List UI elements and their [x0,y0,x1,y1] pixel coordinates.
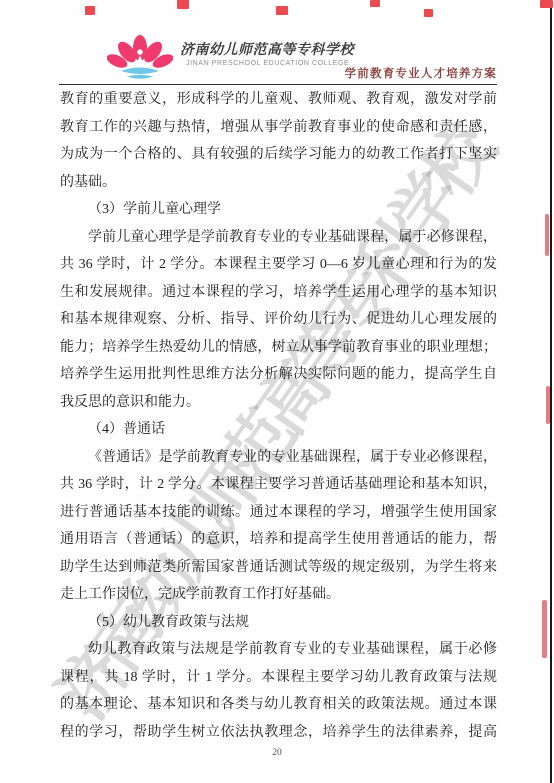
text-line: 的基础。 [60,169,497,197]
text-line: 教育的重要意义，形成科学的儿童观、教师观、教育观，激发对学前 [60,86,497,114]
top-red-mark [370,0,380,7]
edge-red-mark [546,386,550,424]
document-page: 济南幼儿师范高等专科学校 济南幼儿师范高等专科学校 JINAN PRE [0,0,554,783]
text-line: 课程，共 18 学时，计 1 学分。本课程主要学习幼儿教育政策与法规 [60,664,497,692]
text-line: 幼儿教育政策与法规是学前教育专业的专业基础课程，属于必修 [60,636,497,664]
document-title: 学前教育专业人才培养方案 [345,65,497,81]
header-divider [59,84,497,85]
text-line: 通用语言（普通话）的意识，培养和提高学生使用普通话的能力，帮 [60,526,497,554]
top-red-mark [424,9,433,17]
text-line: 共 36 学时，计 2 学分。本课程主要学习普通话基础理论和基本知识， [60,471,497,499]
text-line: 为成为一个合格的、具有较强的后续学习能力的幼教工作者打下坚实 [60,141,497,169]
text-line: 教育工作的兴趣与热情，增强从事学前教育事业的使命感和责任感， [60,114,497,142]
section-heading: （4）普通话 [60,416,497,444]
top-red-mark [85,6,95,15]
section-heading: （3）学前儿童心理学 [60,196,497,224]
top-red-mark [540,0,553,8]
edge-red-mark [542,600,547,658]
school-name-block: 济南幼儿师范高等专科学校 JINAN PRESCHOOL EDUCATION C… [180,42,354,68]
text-line: 进行普通话基本技能的训练。通过本课程的学习，增强学生使用国家 [60,499,497,527]
edge-red-mark [545,214,549,256]
top-red-mark [276,6,288,15]
school-name-english: JINAN PRESCHOOL EDUCATION COLLEGE [186,59,354,68]
text-line: 共 36 学时，计 2 学分。本课程主要学习 0—6 岁儿童心理和行为的发 [60,251,497,279]
top-red-mark [177,0,189,9]
text-line: 我反思的意识和能力。 [60,389,497,417]
text-line: 培养学生运用批判性思维方法分析解决实际问题的能力，提高学生自 [60,361,497,389]
text-line: 生和发展规律。通过本课程的学习，培养学生运用心理学的基本知识 [60,279,497,307]
text-line: 学前儿童心理学是学前教育专业的专业基础课程，属于必修课程， [60,224,497,252]
school-logo [107,33,173,83]
section-heading: （5）幼儿教育政策与法规 [60,609,497,637]
text-line: 《普通话》是学前教育专业的专业基础课程，属于专业必修课程， [60,444,497,472]
school-name-chinese: 济南幼儿师范高等专科学校 [180,42,354,59]
text-line: 的基本理论、基本知识和各类与幼儿教育相关的政策法规。通过本课 [60,691,497,719]
right-edge-scan-line [550,8,552,783]
document-body: 教育的重要意义，形成科学的儿童观、教师观、教育观，激发对学前 教育工作的兴趣与热… [60,86,497,746]
text-line: 走上工作岗位，完成学前教育工作打好基础。 [60,581,497,609]
text-line: 和基本规律观察、分析、指导、评价幼儿行为、促进幼儿心理发展的 [60,306,497,334]
page-number: 20 [0,748,554,758]
text-line: 程的学习，帮助学生树立依法执教理念，培养学生的法律素养，提高 [60,719,497,747]
text-line: 能力；培养学生热爱幼儿的情感，树立从事学前教育事业的职业理想； [60,334,497,362]
text-line: 助学生达到师范类所需国家普通话测试等级的规定级别，为学生将来 [60,554,497,582]
